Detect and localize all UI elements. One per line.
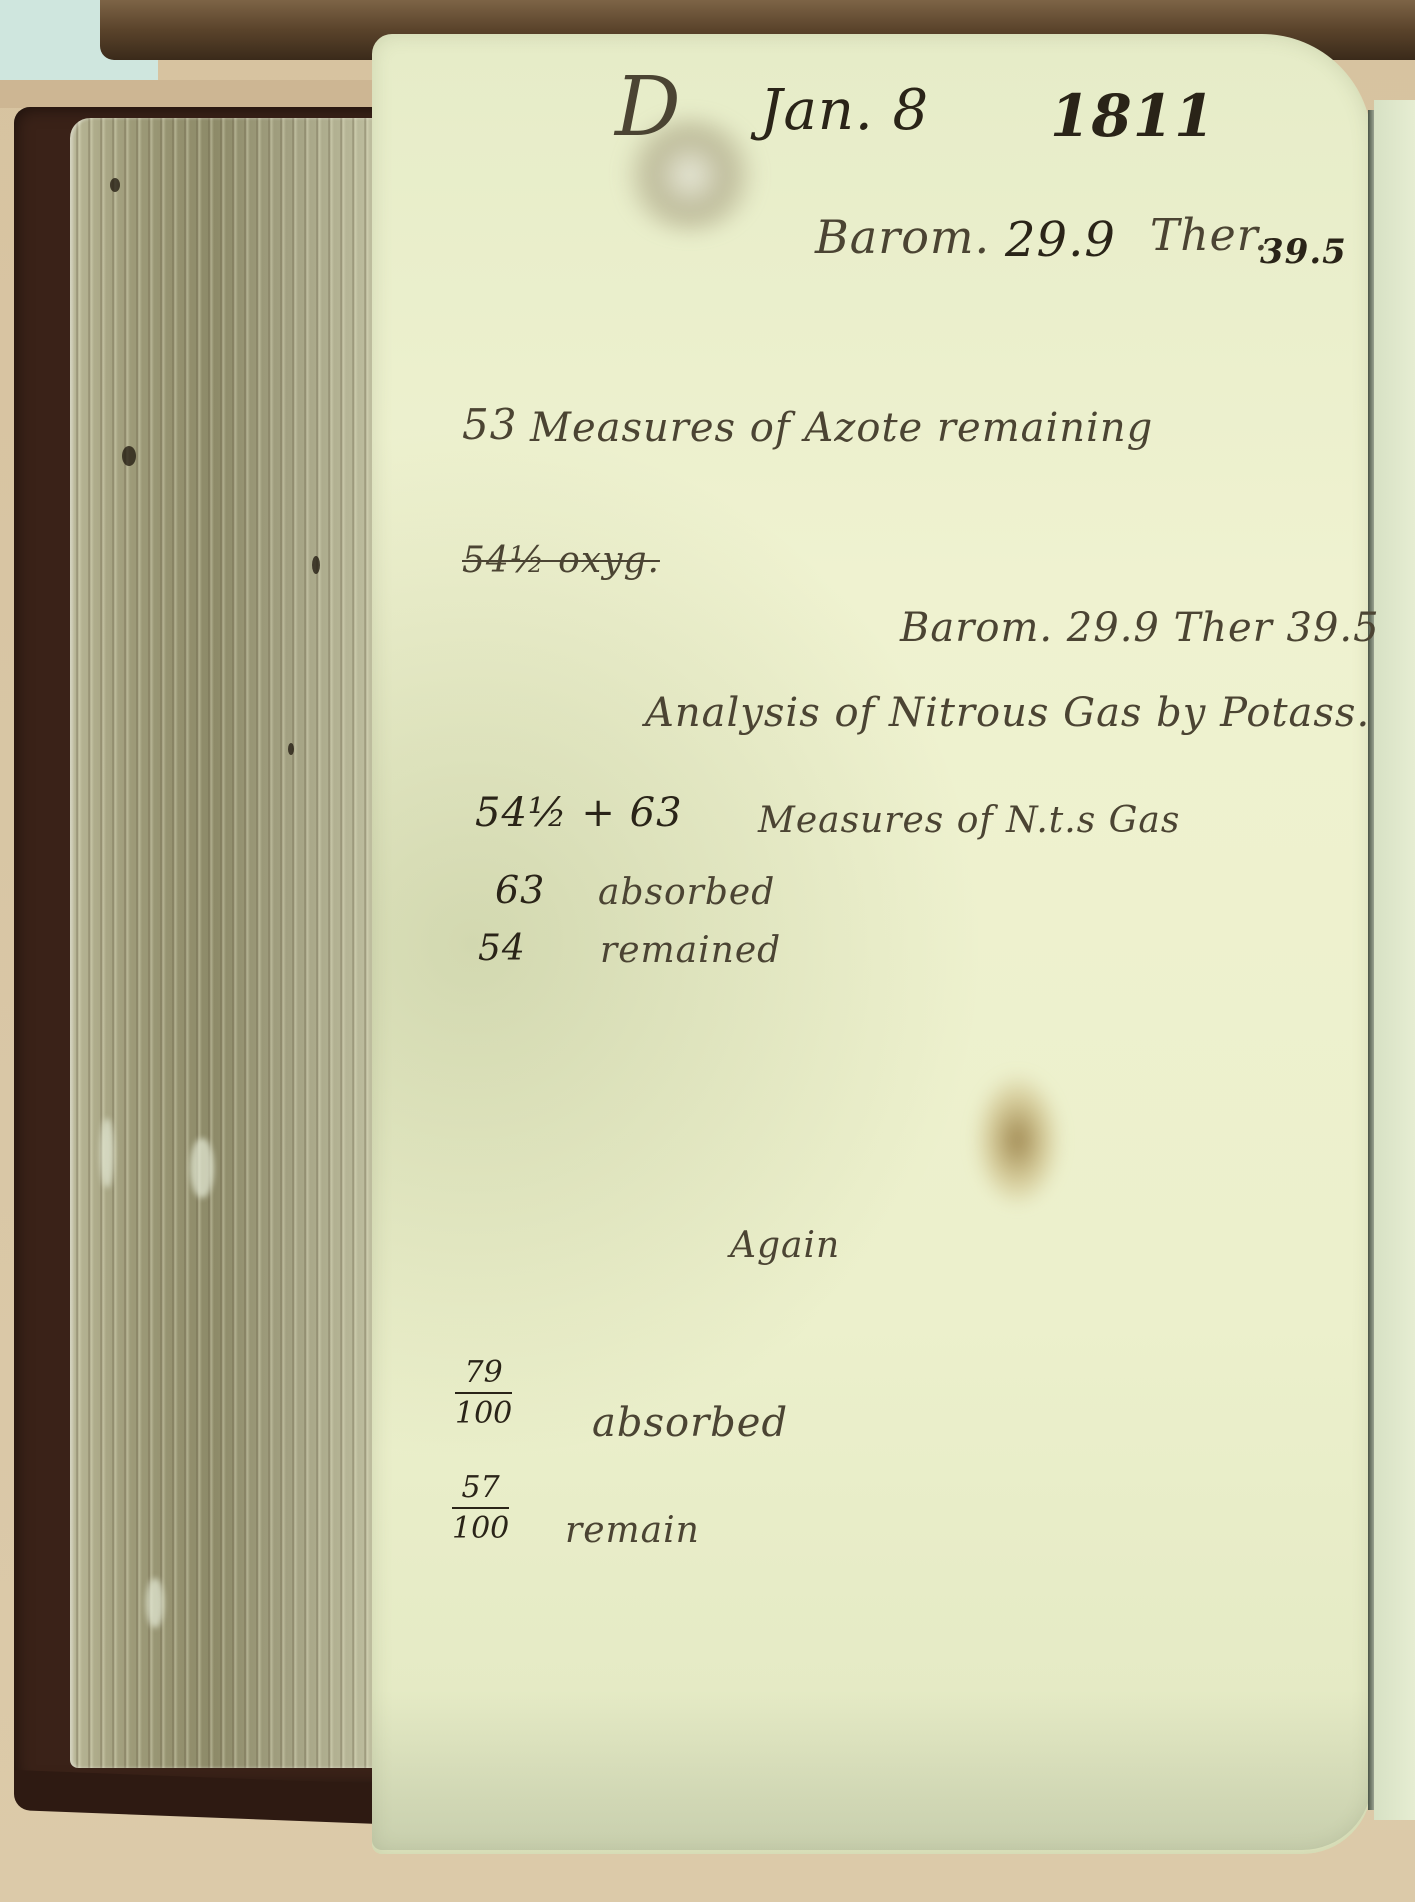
page-shadow <box>372 1690 1372 1850</box>
stain-mid <box>975 1075 1060 1205</box>
year: 1811 <box>1050 82 1215 150</box>
date-prefix: D <box>615 60 682 155</box>
barometer-label: Barom. <box>815 210 990 264</box>
entry-azote-text: Measures of Azote remaining <box>530 405 1153 451</box>
manuscript-scan: D Jan. 8 1811 Barom. 29.9 Ther. 39.5 53 … <box>0 0 1415 1902</box>
fraction-absorbed: 79 100 <box>455 1355 512 1431</box>
fraction-denominator: 100 <box>452 1509 509 1546</box>
line-3-amount: 54 <box>478 928 526 969</box>
thermometer-value: 39.5 <box>1260 232 1347 272</box>
barometer-value: 29.9 <box>1005 212 1116 268</box>
thermometer-label: Ther. <box>1150 210 1269 261</box>
fraction-absorbed-label: absorbed <box>592 1400 788 1446</box>
line-1-amount: 54½ + 63 <box>475 790 683 836</box>
fraction-remain-label: remain <box>565 1510 700 1551</box>
fraction-denominator: 100 <box>455 1394 512 1431</box>
line-2-amount: 63 <box>495 868 545 912</box>
line-3-text: remained <box>600 930 781 971</box>
entry-azote-amount: 53 <box>462 400 517 449</box>
fraction-remain: 57 100 <box>452 1470 509 1546</box>
line-2-text: absorbed <box>598 872 775 913</box>
conditions-second: Barom. 29.9 Ther 39.5 <box>900 605 1380 651</box>
date: Jan. 8 <box>760 78 929 143</box>
page-block-fore-edge <box>70 118 388 1768</box>
analysis-title: Analysis of Nitrous Gas by Potass. <box>645 690 1370 736</box>
fraction-numerator: 57 <box>452 1470 509 1509</box>
line-1-text: Measures of N.t.s Gas <box>758 800 1180 841</box>
facing-page-edge <box>1374 100 1415 1820</box>
entry-struck-line: 54½ oxyg. <box>462 540 660 581</box>
support-board <box>0 80 420 108</box>
fraction-numerator: 79 <box>455 1355 512 1394</box>
again-label: Again <box>730 1225 840 1266</box>
